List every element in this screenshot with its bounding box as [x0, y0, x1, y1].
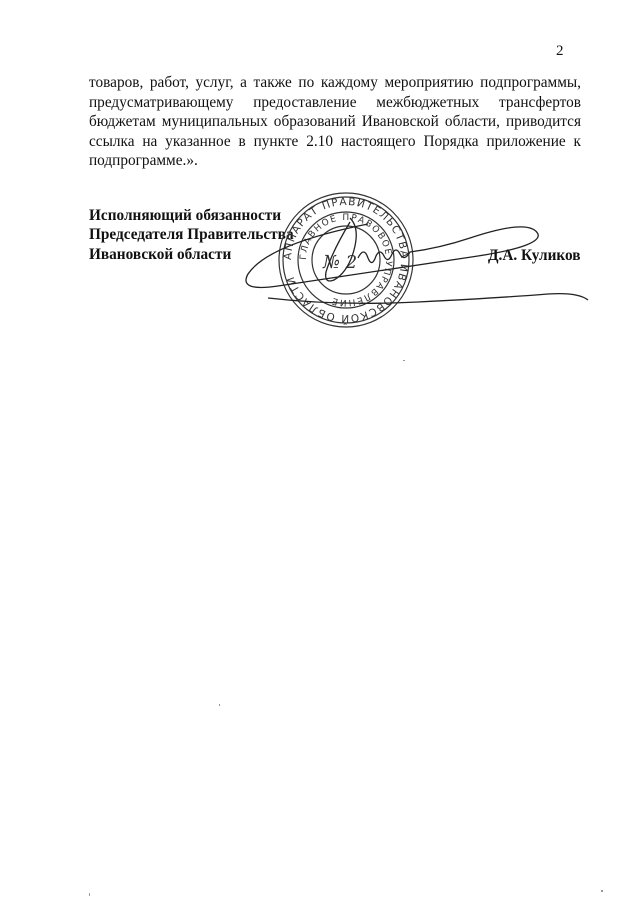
scan-speck [89, 893, 90, 896]
paragraph-line: товаров, работ, услуг, а также по каждом… [89, 73, 581, 93]
paragraph: товаров, работ, услуг, а также по каждом… [89, 73, 581, 171]
page-number: 2 [556, 43, 564, 60]
paragraph-line: ссылка на указанное в пункте 2.10 настоя… [89, 132, 581, 152]
paragraph-line: бюджетам муниципальных образований Ивано… [89, 112, 581, 132]
signatory-name: Д.А. Куликов [488, 247, 581, 265]
paragraph-line: подпрограмме.». [89, 151, 581, 171]
scan-speck [403, 360, 405, 361]
scan-speck [601, 890, 603, 892]
paragraph-line: предусматривающему предоставление межбюд… [89, 93, 581, 113]
scan-speck [219, 704, 220, 706]
